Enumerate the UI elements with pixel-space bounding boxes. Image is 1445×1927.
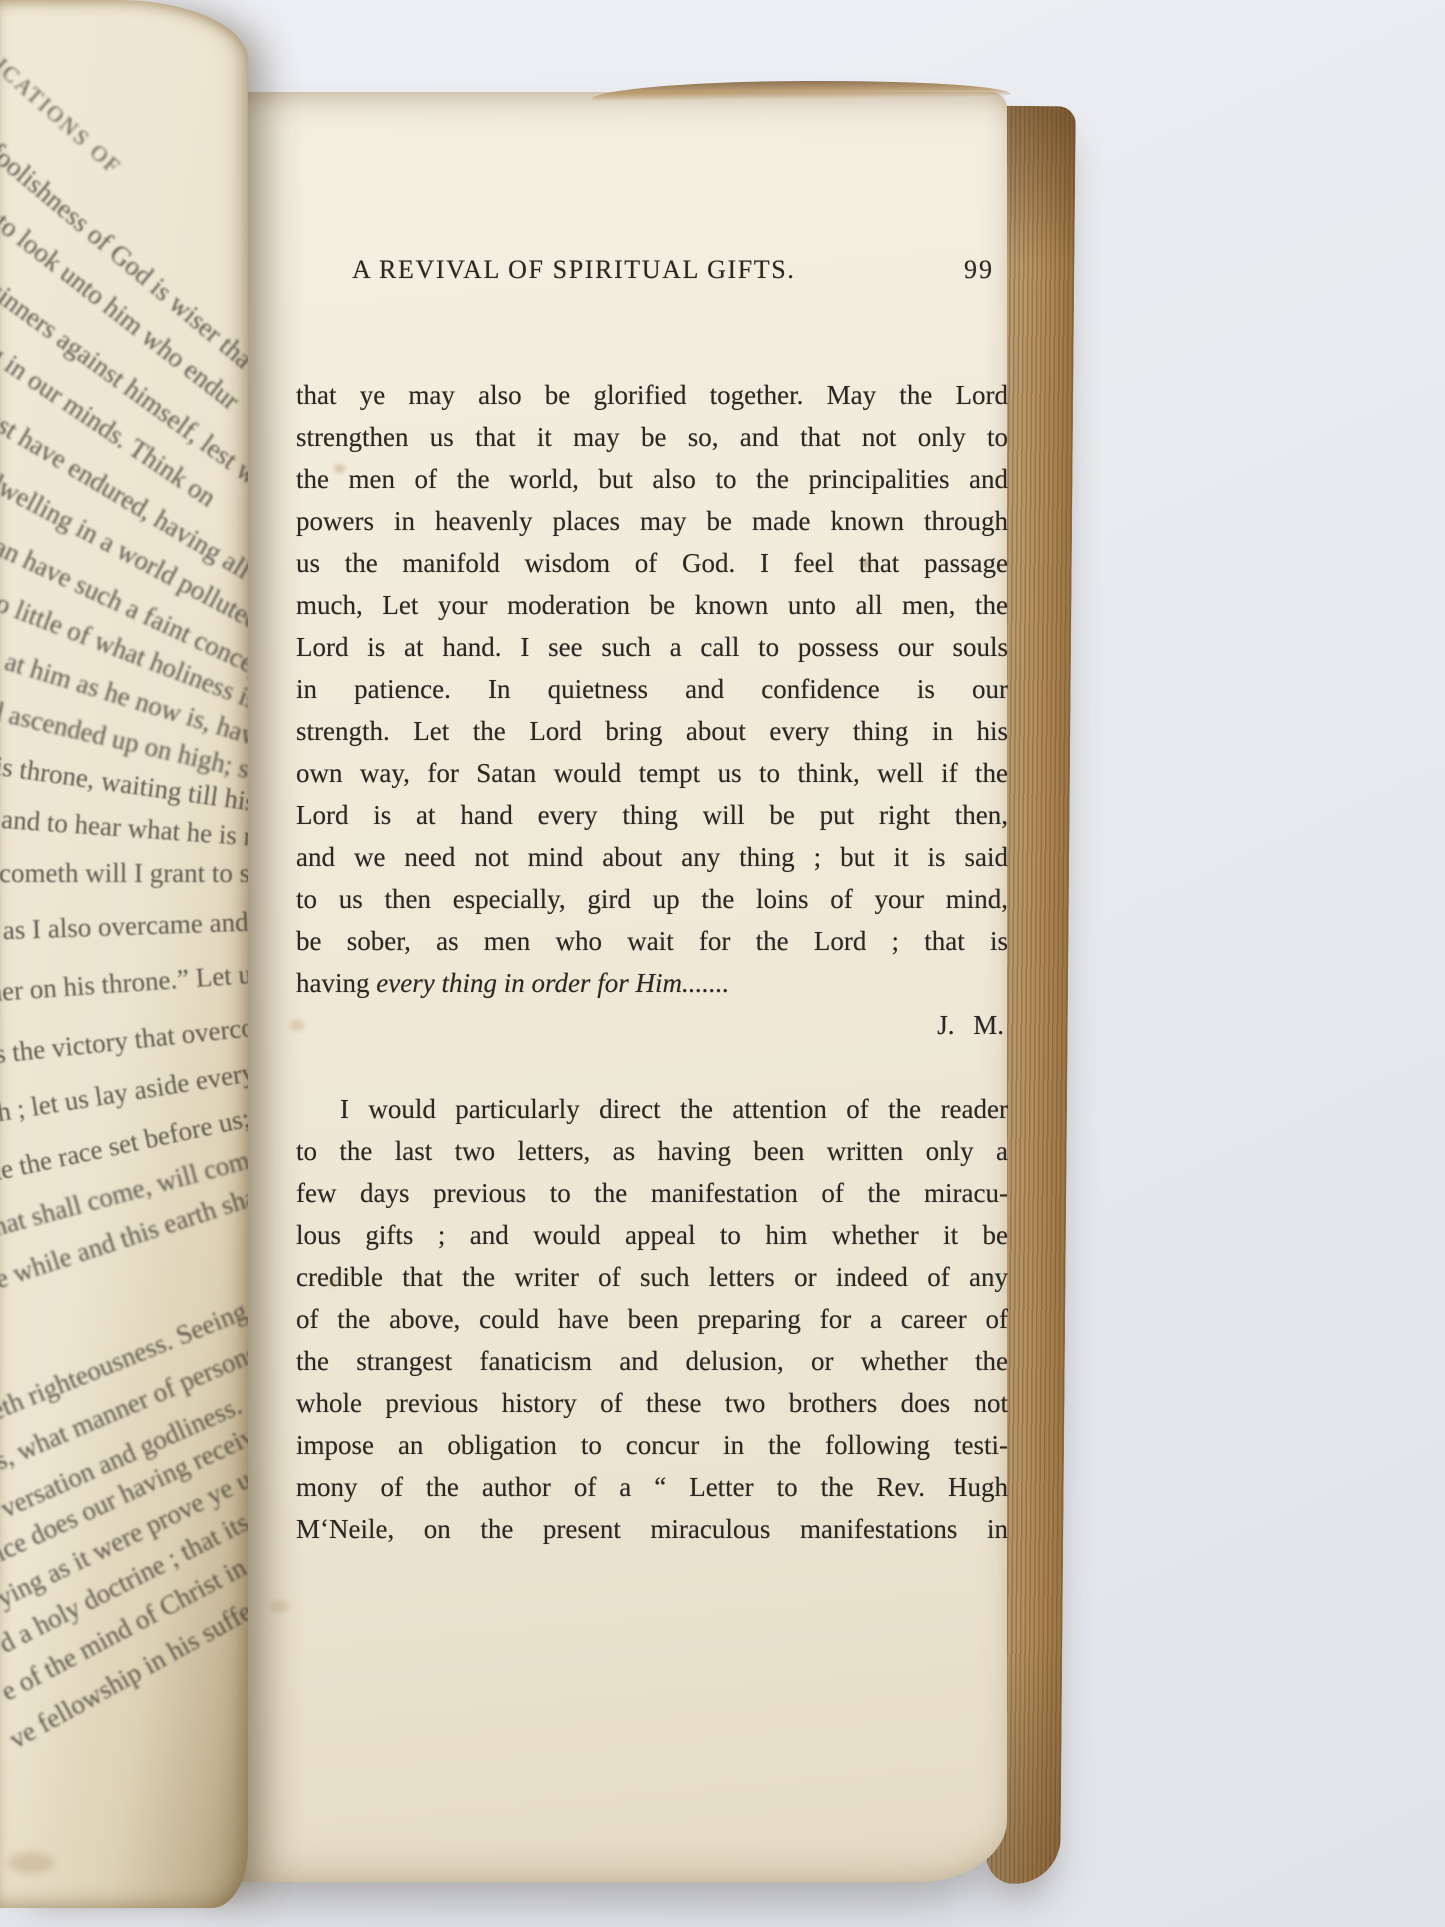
right-page: A REVIVAL OF SPIRITUAL GIFTS. 99 that ye… [212, 92, 1007, 1882]
text-line: mony of the author of a “ Letter to the … [296, 1466, 1008, 1508]
left-page: INDICATIONS OF he foolishness of God is … [0, 0, 248, 1908]
text-line: M‘Neile, on the present miraculous manif… [296, 1508, 1008, 1550]
page-number: 99 [964, 255, 994, 285]
text-line: that ye may also be glorified together. … [296, 374, 1008, 416]
running-header-title: A REVIVAL OF SPIRITUAL GIFTS. [352, 255, 795, 285]
page-stain [8, 1852, 54, 1874]
text-line: us the manifold wisdom of God. I feel th… [296, 542, 1008, 584]
text-line: whole previous history of these two brot… [296, 1382, 1008, 1424]
book-top-edge [591, 78, 1011, 101]
text-line: strength. Let the Lord bring about every… [296, 710, 1008, 752]
text-line: impose an obligation to concur in the fo… [296, 1424, 1008, 1466]
text-line: to the last two letters, as having been … [296, 1130, 1008, 1172]
text-line: own way, for Satan would tempt us to thi… [296, 752, 1008, 794]
left-page-text-fragment: n as I also overcame and am se [0, 904, 248, 947]
left-page-text-fragment: ercometh will I grant to sit with me [0, 858, 248, 889]
foxing-spot [862, 560, 869, 567]
text-line: Lord is at hand every thing will be put … [296, 794, 1008, 836]
text-line: I would particularly direct the attentio… [296, 1088, 1008, 1130]
text-line: having every thing in order for Him.....… [296, 962, 1008, 1004]
text-line: be sober, as men who wait for the Lord ;… [296, 920, 1008, 962]
text-line: the strangest fanaticism and delusion, o… [296, 1340, 1008, 1382]
text-line: credible that the writer of such letters… [296, 1256, 1008, 1298]
text-line: and we need not mind about any thing ; b… [296, 836, 1008, 878]
page-body-text: that ye may also be glorified together. … [296, 374, 1008, 1550]
left-page-text-fragment: ther on his throne.” Let us loo [0, 955, 248, 1008]
letter-signature: J. M. [296, 1004, 1008, 1046]
text-line: powers in heavenly places may be made kn… [296, 500, 1008, 542]
paragraph-gap [296, 1046, 1008, 1088]
text-line: to us then especially, gird up the loins… [296, 878, 1008, 920]
book-photo: A REVIVAL OF SPIRITUAL GIFTS. 99 that ye… [0, 0, 1445, 1927]
text-italic: every thing in order for Him....... [376, 968, 729, 998]
foxing-spot [290, 1020, 305, 1031]
text-roman: having [296, 968, 376, 998]
text-line: in patience. In quietness and confidence… [296, 668, 1008, 710]
foxing-spot [270, 1600, 289, 1613]
text-line: much, Let your moderation be known unto … [296, 584, 1008, 626]
text-line: Lord is at hand. I see such a call to po… [296, 626, 1008, 668]
foxing-spot [328, 1278, 338, 1286]
text-line: the men of the world, but also to the pr… [296, 458, 1008, 500]
left-page-text-fragment: is the victory that overcometh th [0, 1003, 248, 1070]
text-line: strengthen us that it may be so, and tha… [296, 416, 1008, 458]
running-header: A REVIVAL OF SPIRITUAL GIFTS. 99 [296, 255, 1008, 289]
text-line: few days previous to the manifestation o… [296, 1172, 1008, 1214]
foxing-spot [334, 464, 345, 473]
text-line: of the above, could have been preparing … [296, 1298, 1008, 1340]
text-line: lous gifts ; and would appeal to him whe… [296, 1214, 1008, 1256]
